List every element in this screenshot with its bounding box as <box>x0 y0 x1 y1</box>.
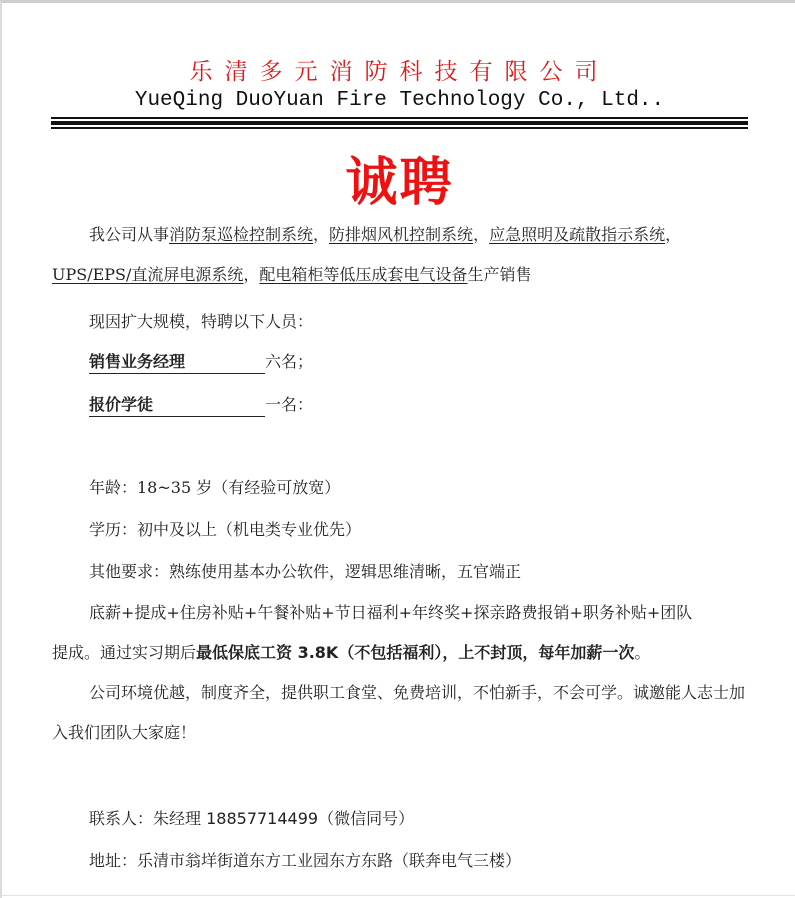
separator: ， <box>243 265 259 284</box>
contact-note: （微信同号） <box>318 809 414 828</box>
company-name-english: YueQing DuoYuan Fire Technology Co., Ltd… <box>2 89 795 112</box>
product-switchgear: 配电箱柜等低压成套电气设备 <box>259 265 467 284</box>
product-emergency-lighting: 应急照明及疏散指示系统 <box>489 225 665 244</box>
position-title: 销售业务经理 <box>89 349 265 374</box>
position-count: 六名； <box>265 352 313 371</box>
position-quote-apprentice: 报价学徒一名： <box>89 392 313 417</box>
header-divider <box>51 117 748 129</box>
hiring-intro: 现因扩大规模，特聘以下人员： <box>89 309 313 332</box>
product-smoke-fan-control: 防排烟风机控制系统 <box>329 225 473 244</box>
divider-thin-top <box>51 117 748 119</box>
separator: ， <box>313 225 329 244</box>
divider-thin-bottom <box>51 127 748 129</box>
benefits-prefix: 提成。通过实习期后 <box>52 643 196 662</box>
document-page: 乐清多元消防科技有限公司 YueQing DuoYuan Fire Techno… <box>0 0 795 898</box>
salary-highlight: 最低保底工资 3.8K（不包括福利），上不封顶，每年加薪一次 <box>196 643 634 662</box>
position-title: 报价学徒 <box>89 392 265 417</box>
intro-suffix: 生产销售 <box>467 265 531 284</box>
benefits-line-2: 提成。通过实习期后最低保底工资 3.8K（不包括福利），上不封顶，每年加薪一次。 <box>52 633 752 673</box>
requirement-age: 年龄：18~35 岁（有经验可放宽） <box>89 475 340 498</box>
intro-prefix: 我公司从事 <box>89 225 169 244</box>
separator: ， <box>665 225 681 244</box>
company-intro: 我公司从事消防泵巡检控制系统，防排烟风机控制系统，应急照明及疏散指示系统，UPS… <box>52 215 752 295</box>
product-pump-control: 消防泵巡检控制系统 <box>169 225 313 244</box>
contact-info: 联系人：朱经理 18857714499（微信同号） <box>89 806 414 829</box>
contact-label: 联系人：朱经理 <box>89 809 206 828</box>
company-environment: 公司环境优越，制度齐全，提供职工食堂、免费培训，不怕新手，不会可学。诚邀能人志士… <box>52 673 752 753</box>
benefits: 底薪+提成+住房补贴+午餐补贴+节日福利+年终奖+探亲路费报销+职务补贴+团队 … <box>52 593 752 673</box>
page-title: 诚聘 <box>2 140 795 215</box>
separator: ， <box>473 225 489 244</box>
benefits-suffix: 。 <box>634 643 650 662</box>
position-sales-manager: 销售业务经理六名； <box>89 349 313 374</box>
requirement-education: 学历：初中及以上（机电类专业优先） <box>89 517 361 540</box>
requirement-other: 其他要求：熟练使用基本办公软件，逻辑思维清晰，五官端正 <box>89 559 521 582</box>
page-bottom-border <box>2 895 795 896</box>
company-name-chinese: 乐清多元消防科技有限公司 <box>2 53 795 86</box>
position-count: 一名： <box>265 395 313 414</box>
product-power-system: UPS/EPS/直流屏电源系统 <box>52 265 243 284</box>
divider-thick <box>51 121 748 125</box>
benefits-line-1: 底薪+提成+住房补贴+午餐补贴+节日福利+年终奖+探亲路费报销+职务补贴+团队 <box>52 593 752 633</box>
address: 地址：乐清市翁垟街道东方工业园东方东路（联奔电气三楼） <box>89 848 521 871</box>
contact-phone: 18857714499 <box>206 809 318 828</box>
